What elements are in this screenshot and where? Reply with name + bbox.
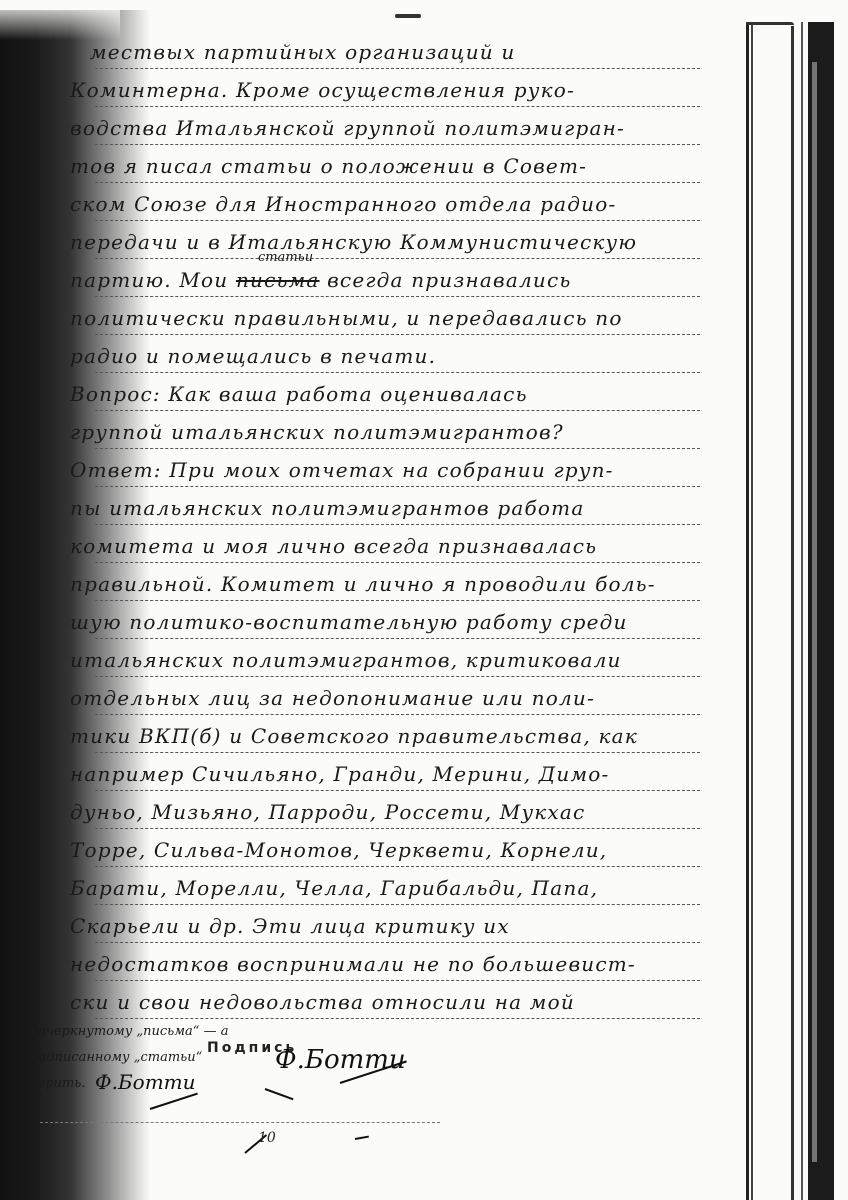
ruled-line — [95, 106, 700, 108]
page-number-dash — [355, 1136, 369, 1140]
handwritten-line: ском Союзе для Иностранного отдела радио… — [70, 192, 710, 216]
ruled-line — [95, 942, 700, 944]
question-line: группой итальянских политэмигрантов? — [70, 420, 710, 444]
ruled-line — [95, 410, 700, 412]
ruled-line — [95, 1018, 700, 1020]
ruled-line — [95, 486, 700, 488]
line-end: всегда признавались — [327, 268, 571, 292]
question-line: Вопрос: Как ваша работа оценивалась — [70, 382, 710, 406]
answer-line: комитета и моя лично всегда признавалась — [70, 534, 710, 558]
handwritten-line: политически правильными, и передавались … — [70, 306, 710, 330]
binding-line — [746, 22, 749, 1200]
scan-spine-shadow — [0, 10, 150, 1200]
ruled-line — [95, 144, 700, 146]
handwritten-line-with-correction: партию. Мои письма всегда признавались — [70, 268, 710, 292]
answer-line: ски и свои недовольства относили на мой — [70, 990, 710, 1014]
ruled-line — [95, 448, 700, 450]
struck-word: письма — [236, 268, 320, 292]
ruled-line — [95, 524, 700, 526]
binding-line — [791, 26, 794, 1200]
signature-small: Ф.Ботти — [95, 1070, 196, 1094]
answer-line: Барати, Морелли, Челла, Гарибальди, Папа… — [70, 876, 710, 900]
ruled-line — [95, 790, 700, 792]
answer-line: дуньо, Мизьяно, Парроди, Россети, Мукхас — [70, 800, 710, 824]
line-start: партию. Мои — [70, 268, 228, 292]
answer-line: Ответ: При моих отчетах на собрании груп… — [70, 458, 710, 482]
handwritten-line: тов я писал статьи о положении в Совет- — [70, 154, 710, 178]
handwritten-line: передачи и в Итальянскую Коммунистическу… — [70, 230, 710, 254]
answer-line: Торре, Сильва-Монотов, Черквети, Корнели… — [70, 838, 710, 862]
ruled-line — [95, 296, 700, 298]
ruled-line — [95, 68, 700, 70]
answer-line: недостатков воспринимали не по большевис… — [70, 952, 710, 976]
top-mark — [395, 14, 421, 18]
answer-line: Скарьели и др. Эти лица критику их — [70, 914, 710, 938]
answer-line: например Сичильяно, Гранди, Мерини, Димо… — [70, 762, 710, 786]
ruled-line — [95, 638, 700, 640]
ruled-line — [95, 562, 700, 564]
binding-corner — [746, 22, 794, 25]
handwritten-line: радио и помещались в печати. — [70, 344, 710, 368]
ruled-line — [95, 752, 700, 754]
ruled-line — [95, 980, 700, 982]
ruled-line — [95, 258, 700, 260]
correction-note-line: верить. — [30, 1076, 86, 1091]
handwritten-line: мествых партийных организаций и — [90, 40, 730, 64]
binding-highlight — [812, 62, 817, 1162]
ruled-line — [95, 828, 700, 830]
correction-note-line: надписанному „статьи“ — [30, 1050, 202, 1065]
ruled-line — [95, 714, 700, 716]
correction-note-line: Зачеркнутому „письма“ — а — [30, 1024, 228, 1039]
ruled-line — [95, 866, 700, 868]
inserted-correction: статьи — [258, 250, 313, 265]
answer-line: тики ВКП(б) и Советского правительства, … — [70, 724, 710, 748]
signature-flourish — [150, 1093, 198, 1110]
answer-line: правильной. Комитет и лично я проводили … — [70, 572, 710, 596]
answer-line: отдельных лиц за недопонимание или поли- — [70, 686, 710, 710]
spine-fade — [0, 0, 120, 40]
ruled-line — [95, 372, 700, 374]
right-binding-edge — [746, 22, 838, 1200]
handwritten-line: Коминтерна. Кроме осуществления руко- — [70, 78, 710, 102]
signature-flourish — [265, 1088, 294, 1100]
answer-line: итальянских политэмигрантов, критиковали — [70, 648, 710, 672]
handwritten-line: водства Итальянской группой политэмигран… — [70, 116, 710, 140]
answer-line: пы итальянских политэмигрантов работа — [70, 496, 710, 520]
ruled-line — [95, 676, 700, 678]
scanned-page: мествых партийных организаций и Коминтер… — [0, 0, 848, 1200]
ruled-line — [95, 182, 700, 184]
ruled-line — [40, 1122, 440, 1123]
binding-line — [801, 22, 803, 1200]
ruled-line — [95, 334, 700, 336]
ruled-line — [95, 600, 700, 602]
answer-line: шую политико-воспитательную работу среди — [70, 610, 710, 634]
signature: Ф.Ботти — [275, 1045, 406, 1075]
page-number: 10 — [258, 1130, 276, 1146]
ruled-line — [95, 220, 700, 222]
ruled-line — [95, 904, 700, 906]
binding-line — [751, 22, 753, 1200]
